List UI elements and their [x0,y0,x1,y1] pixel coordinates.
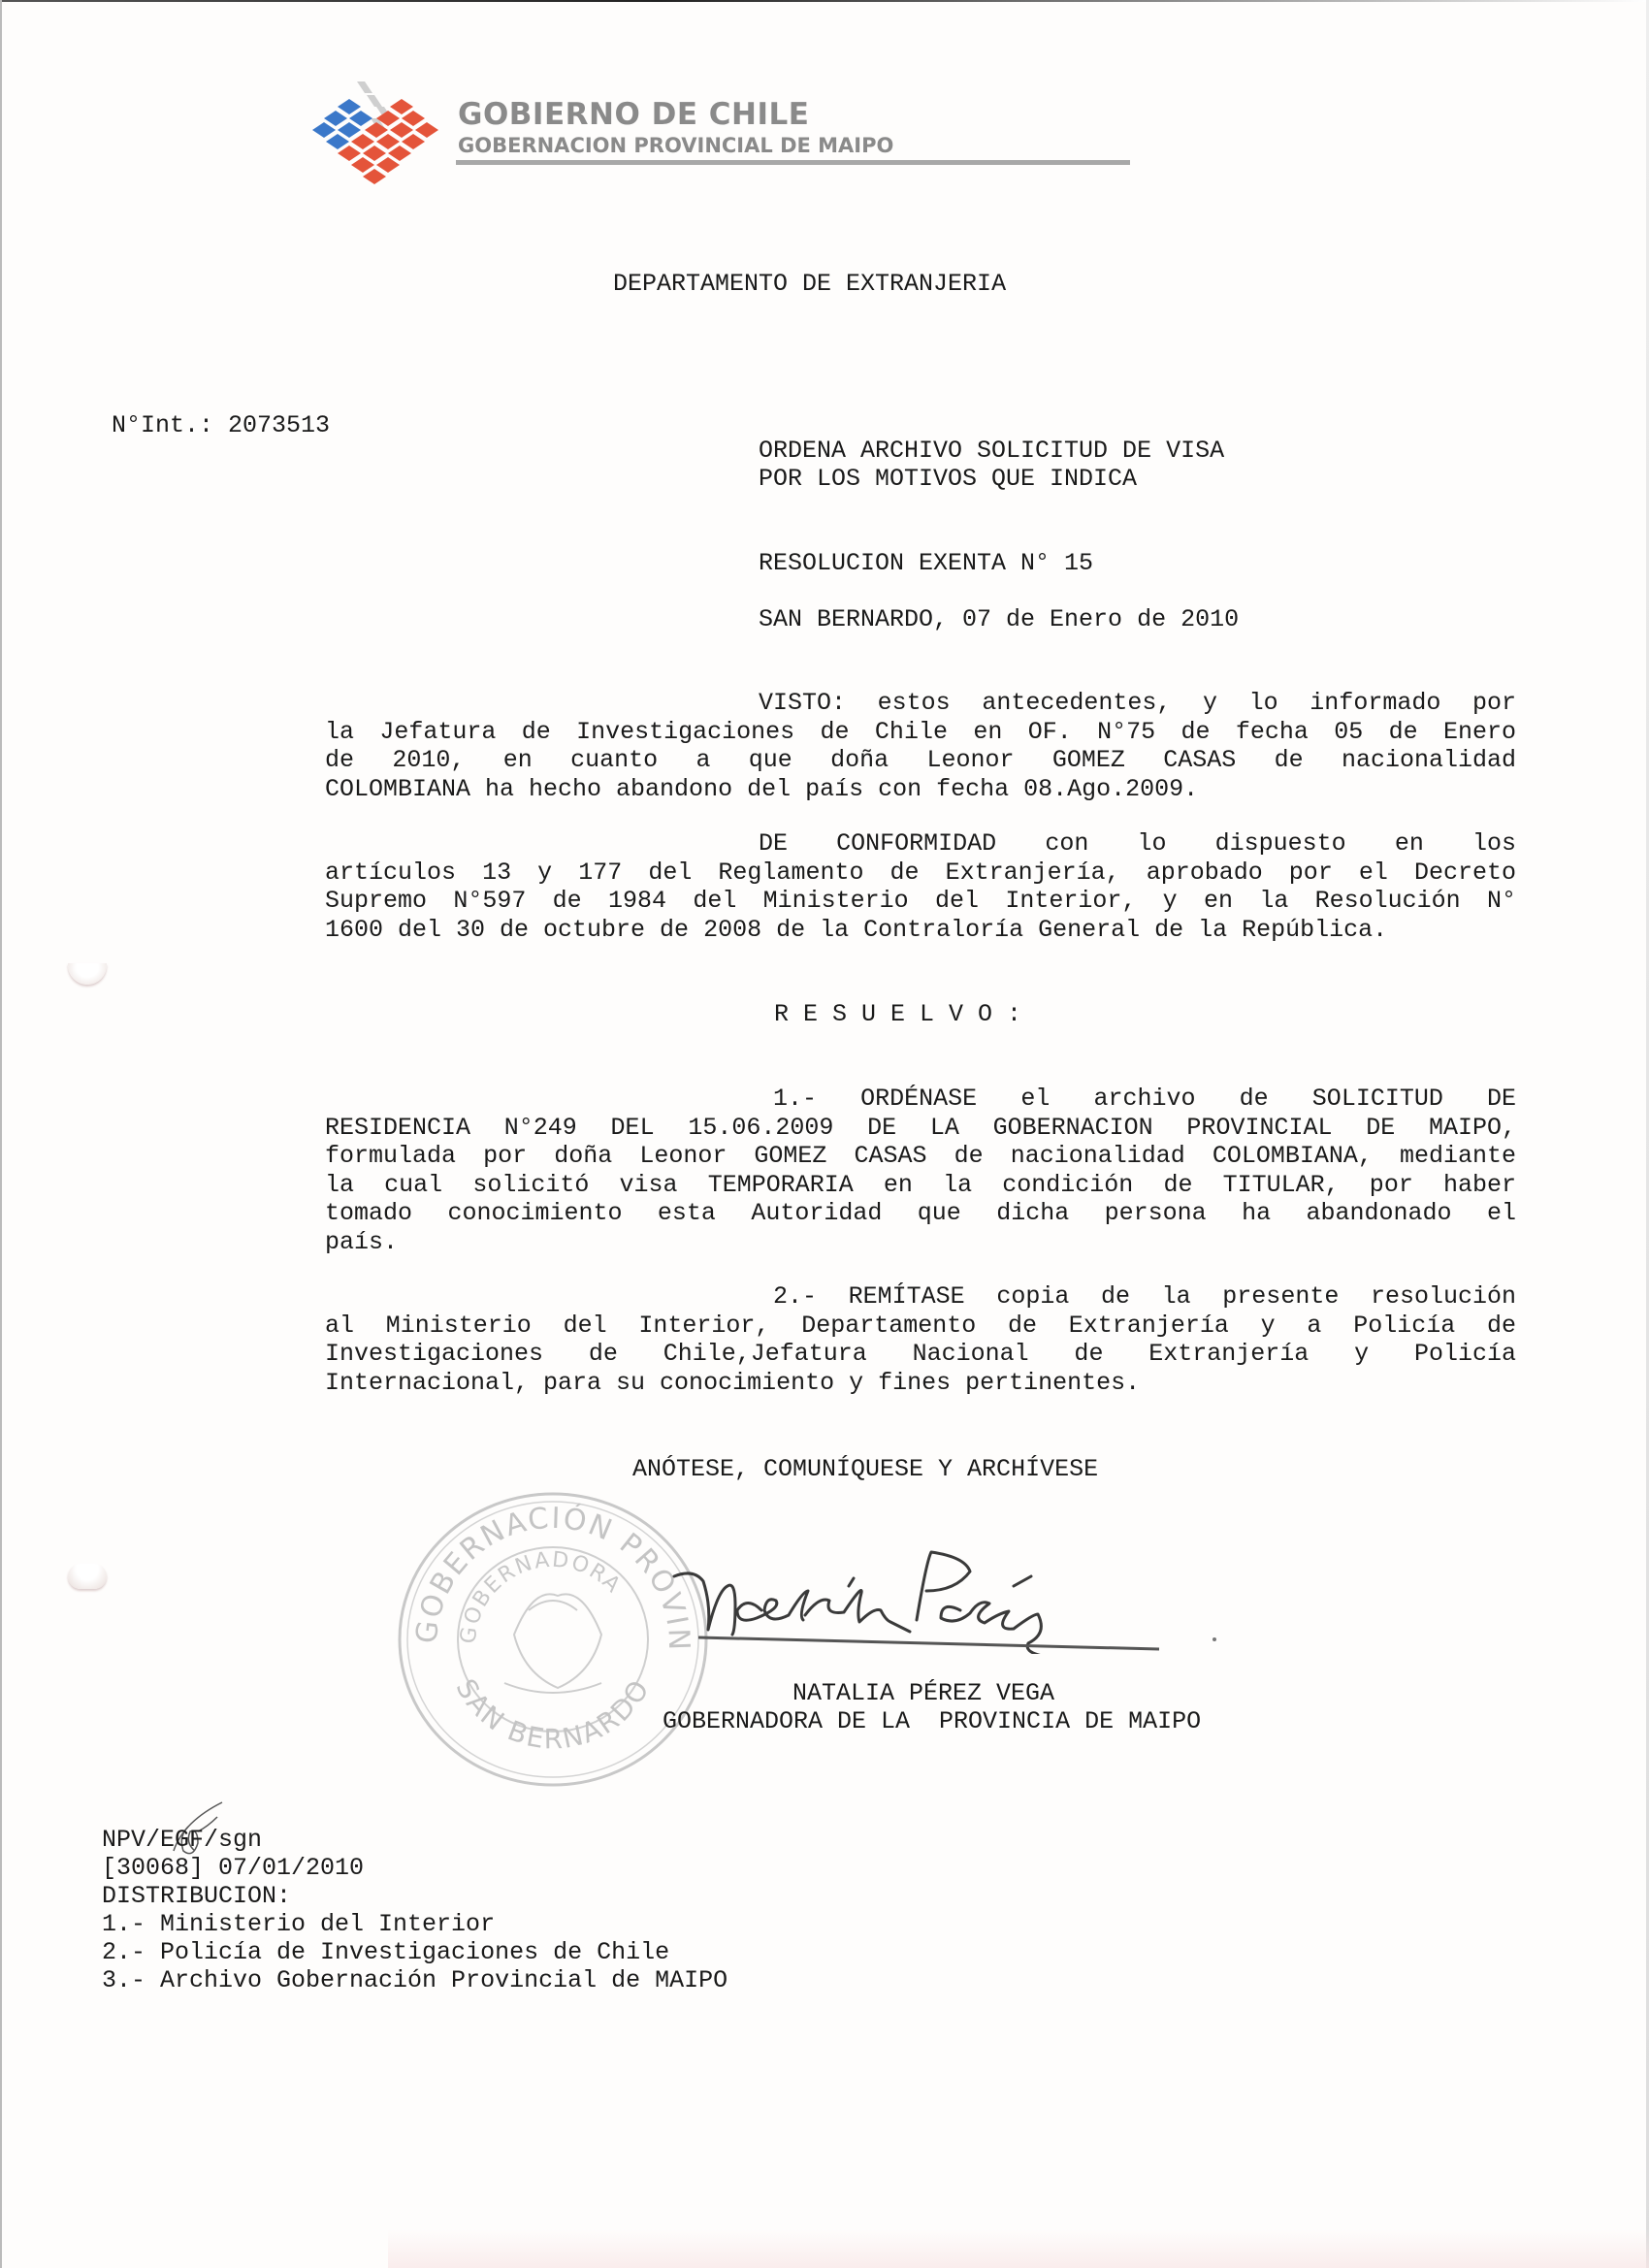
closing-formula: ANÓTESE, COMUNÍQUESE Y ARCHÍVESE [632,1455,1098,1484]
resolution-number: RESOLUCION EXENTA N° 15 [759,549,1093,578]
handwritten-signature [669,1542,1242,1654]
signatory-name: NATALIA PÉREZ VEGA [792,1679,1054,1708]
conformidad-line: Supremo N°597 de 1984 del Ministerio del… [325,887,1516,916]
distribution-item: 3.- Archivo Gobernación Provincial de MA… [102,1966,727,1995]
place-date: SAN BERNARDO, 07 de Enero de 2010 [759,605,1239,634]
visto-line: de 2010, en cuanto a que doña Leonor GOM… [325,746,1516,775]
conformidad-line: DE CONFORMIDAD con lo dispuesto en los [325,829,1516,859]
conformidad-paragraph: DE CONFORMIDAD con lo dispuesto en los a… [325,829,1516,944]
article-2: 2.- REMÍTASE copia de la presente resolu… [325,1282,1516,1397]
scan-shadow-bottom [388,2229,1649,2268]
article-2-line: 2.- REMÍTASE copia de la presente resolu… [325,1282,1516,1312]
distribution-item: 2.- Policía de Investigaciones de Chile [102,1938,669,1967]
punch-hole-icon [68,1564,107,1589]
article-2-line: Internacional, para su conocimiento y fi… [325,1369,1516,1398]
signatory-title: GOBERNADORA DE LA PROVINCIA DE MAIPO [663,1707,1201,1736]
scan-edge-left [0,0,2,2268]
distribution-label: DISTRIBUCION: [102,1882,291,1911]
document-reference: [30068] 07/01/2010 [102,1854,364,1883]
article-1-line: tomado conocimiento esta Autoridad que d… [325,1199,1516,1228]
article-1-line: país. [325,1228,1516,1257]
letterhead-title: GOBIERNO DE CHILE [458,97,809,132]
distribution-item: 1.- Ministerio del Interior [102,1910,495,1939]
visto-paragraph: VISTO: estos antecedentes, y lo informad… [325,689,1516,803]
gobierno-de-chile-logo-icon [308,78,444,199]
visto-line: VISTO: estos antecedentes, y lo informad… [325,689,1516,718]
initials-reference: NPV/EGF/sgn [102,1826,262,1855]
article-2-line: al Ministerio del Interior, Departamento… [325,1312,1516,1341]
article-1: 1.- ORDÉNASE el archivo de SOLICITUD DE … [325,1085,1516,1256]
article-1-line: la cual solicitó visa TEMPORARIA en la c… [325,1171,1516,1200]
article-1-line: 1.- ORDÉNASE el archivo de SOLICITUD DE [325,1085,1516,1114]
article-1-line: RESIDENCIA N°249 DEL 15.06.2009 DE LA GO… [325,1114,1516,1143]
resuelvo-heading: R E S U E L V O : [774,1000,1021,1029]
article-1-line: formulada por doña Leonor GOMEZ CASAS de… [325,1142,1516,1171]
article-2-line: Investigaciones de Chile,Jefatura Nacion… [325,1340,1516,1369]
letterhead-divider [456,160,1130,165]
subject-line-2: POR LOS MOTIVOS QUE INDICA [759,465,1137,494]
visto-line: COLOMBIANA ha hecho abandono del país co… [325,775,1516,804]
internal-number: N°Int.: 2073513 [112,411,330,440]
scan-edge-top [0,0,1649,2]
letterhead-subtitle: GOBERNACION PROVINCIAL DE MAIPO [458,134,893,157]
subject-line-1: ORDENA ARCHIVO SOLICITUD DE VISA [759,437,1224,466]
conformidad-line: 1600 del 30 de octubre de 2008 de la Con… [325,916,1516,945]
conformidad-line: artículos 13 y 177 del Reglamento de Ext… [325,859,1516,888]
punch-hole-icon [68,963,107,985]
department-heading: DEPARTAMENTO DE EXTRANJERIA [613,270,1006,299]
visto-line: la Jefatura de Investigaciones de Chile … [325,718,1516,747]
